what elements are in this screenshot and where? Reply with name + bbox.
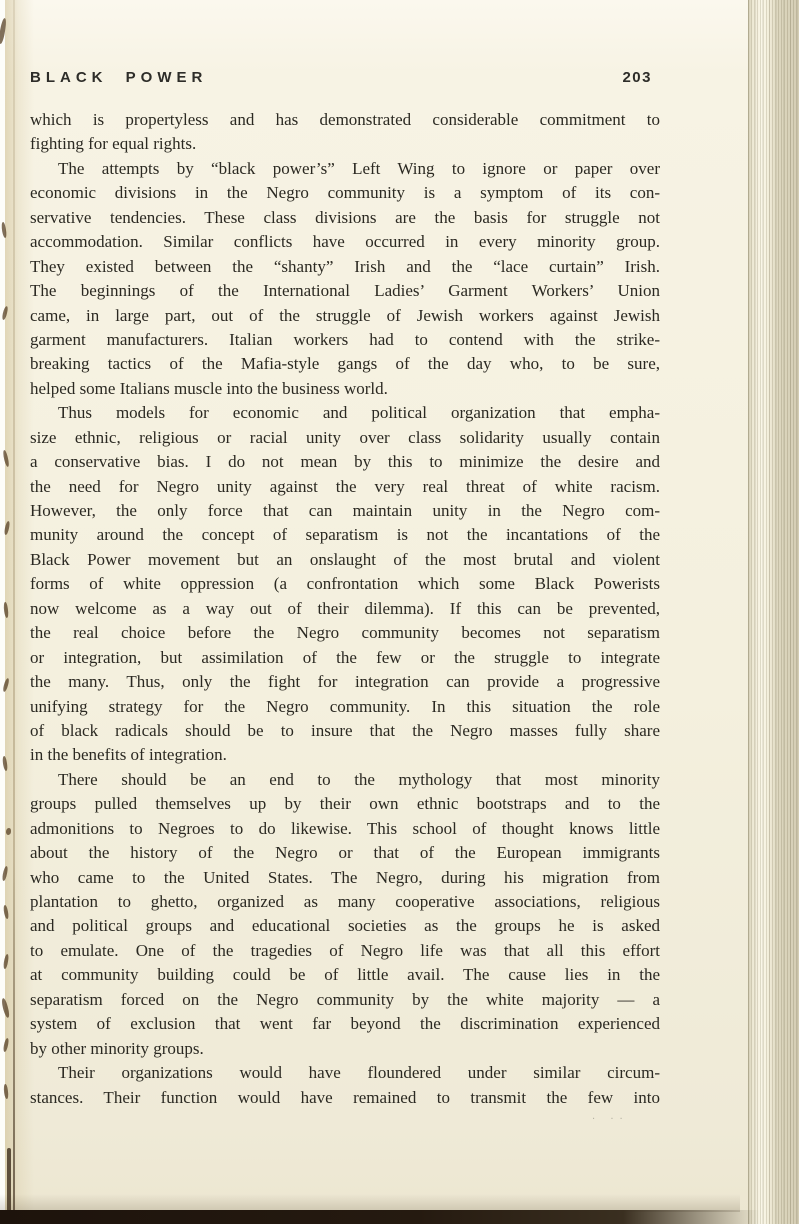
text-line: helped some Italians muscle into the bus… <box>30 377 660 401</box>
text-line: plantation to ghetto, organized as many … <box>30 890 660 914</box>
text-line: breaking tactics of the Mafia-style gang… <box>30 352 660 376</box>
page-stack-stripes <box>748 0 799 1224</box>
text-line: separatism forced on the Negro community… <box>30 988 660 1012</box>
text-line: The beginnings of the International Ladi… <box>30 279 660 303</box>
scan-smudge: · ·· <box>592 1114 662 1124</box>
scan-background-bottom <box>0 1210 760 1224</box>
text-line: now welcome as a way out of their dilemm… <box>30 597 660 621</box>
page-body: which is propertyless and has demonstrat… <box>30 108 660 1110</box>
text-line: unifying strategy for the Negro communit… <box>30 695 660 719</box>
binding-seam <box>13 0 15 1224</box>
text-line: accommodation. Similar conflicts have oc… <box>30 230 660 254</box>
text-line: system of exclusion that went far beyond… <box>30 1012 660 1036</box>
page-stack-edge <box>748 0 799 1224</box>
book-page: BLACK POWER 203 which is propertyless an… <box>0 0 752 1224</box>
text-line: garment manufacturers. Italian workers h… <box>30 328 660 352</box>
text-line: munity around the concept of separatism … <box>30 523 660 547</box>
text-line: the need for Negro unity against the ver… <box>30 475 660 499</box>
text-line: of black radicals should be to insure th… <box>30 719 660 743</box>
text-line: size ethnic, religious or racial unity o… <box>30 426 660 450</box>
text-line: Black Power movement but an onslaught of… <box>30 548 660 572</box>
text-line: and political groups and educational soc… <box>30 914 660 938</box>
text-line: stances. Their function would have remai… <box>30 1086 660 1110</box>
text-line: The attempts by “black power’s” Left Win… <box>30 157 660 181</box>
text-line: a conservative bias. I do not mean by th… <box>30 450 660 474</box>
text-line: Their organizations would have floundere… <box>30 1061 660 1085</box>
text-line: at community building could be of little… <box>30 963 660 987</box>
text-line: There should be an end to the mythology … <box>30 768 660 792</box>
text-line: in the benefits of integration. <box>30 743 660 767</box>
text-line: who came to the United States. The Negro… <box>30 866 660 890</box>
text-line: economic divisions in the Negro communit… <box>30 181 660 205</box>
text-line: admonitions to Negroes to do likewise. T… <box>30 817 660 841</box>
text-line: Thus models for economic and political o… <box>30 401 660 425</box>
text-line: which is propertyless and has demonstrat… <box>30 108 660 132</box>
paragraph: The attempts by “black power’s” Left Win… <box>30 157 660 401</box>
book-page-scan: BLACK POWER 203 which is propertyless an… <box>0 0 799 1224</box>
text-line: the real choice before the Negro communi… <box>30 621 660 645</box>
text-line: groups pulled themselves up by their own… <box>30 792 660 816</box>
text-line: to emulate. One of the tragedies of Negr… <box>30 939 660 963</box>
paragraph: Their organizations would have floundere… <box>30 1061 660 1110</box>
text-line: the many. Thus, only the fight for integ… <box>30 670 660 694</box>
text-line: servative tendencies. These class divisi… <box>30 206 660 230</box>
text-line: about the history of the Negro or that o… <box>30 841 660 865</box>
text-line: by other minority groups. <box>30 1037 660 1061</box>
paragraph: Thus models for economic and political o… <box>30 401 660 768</box>
text-line: However, the only force that can maintai… <box>30 499 660 523</box>
running-header: BLACK POWER 203 <box>30 69 658 86</box>
text-line: or integration, but assimilation of the … <box>30 646 660 670</box>
text-line: forms of white oppression (a confrontati… <box>30 572 660 596</box>
paragraph: which is propertyless and has demonstrat… <box>30 108 660 157</box>
page-number: 203 <box>622 69 652 86</box>
page-title: BLACK POWER <box>30 69 207 86</box>
text-line: They existed between the “shanty” Irish … <box>30 255 660 279</box>
text-line: fighting for equal rights. <box>30 132 660 156</box>
text-line: came, in large part, out of the struggle… <box>30 304 660 328</box>
paragraph: There should be an end to the mythology … <box>30 768 660 1061</box>
